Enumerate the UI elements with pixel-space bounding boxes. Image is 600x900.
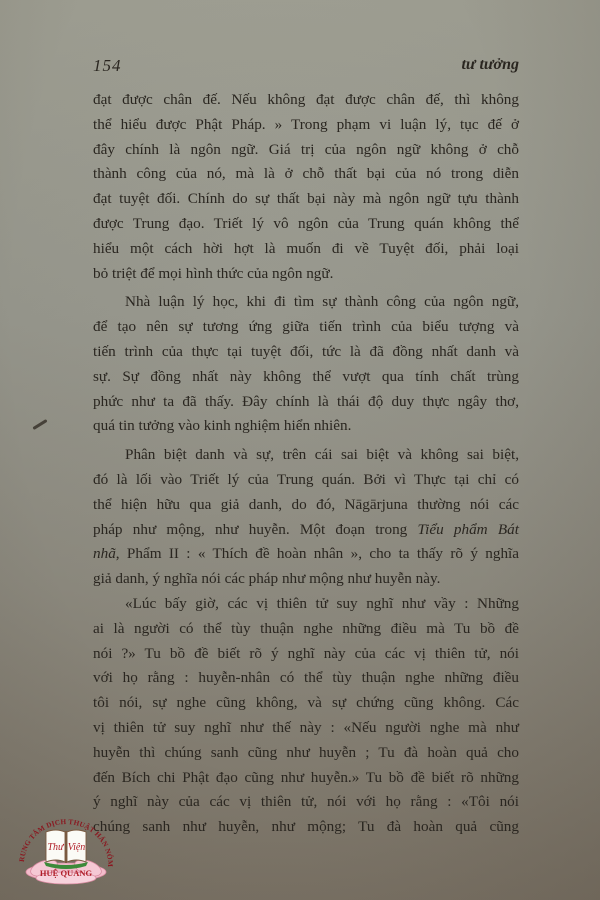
text-line: huyễn thì chúng sanh cũng như huyễn ; Tu… <box>93 741 519 766</box>
quote-start-line: «Lúc bấy giờ, các vị thiên tử suy nghĩ n… <box>93 592 519 617</box>
text-line: đạt được chân đế. Nếu không đạt được châ… <box>93 88 519 113</box>
text-line: thành công của nó, mà là ở chỗ thất bại … <box>93 162 519 187</box>
text-line: hiểu một cách hời hợt là muốn đi về Tuyệ… <box>93 237 519 262</box>
text-line: đó là lối vào Triết lý của Trung quán. B… <box>93 468 519 493</box>
text-line: pháp như mộng, như huyễn. Một đoạn trong… <box>93 518 519 543</box>
text-line: thể hiểu được Phật Pháp. » Trong phạm vi… <box>93 113 519 138</box>
hue-quang-logo: Thư Viện TRUNG TÂM DỊCH THUẬT HÁN NÔM HU… <box>14 812 118 892</box>
text-line: quá tin tưởng vào kinh nghiệm hiển nhiên… <box>93 414 519 439</box>
book-left-text: Thư <box>47 842 65 853</box>
text-line: sự. Sự đồng nhất này không thể vượt qua … <box>93 365 519 390</box>
text-line: được Trung đạo. Triết lý vô ngôn của Tru… <box>93 212 519 237</box>
scanned-book-page: 154 tư tưởng đạt được chân đế. Nếu không… <box>0 0 600 900</box>
text-line: nhã, Phẩm II : « Thích đề hoàn nhân », c… <box>93 542 519 567</box>
lotus-book-icon: Thư Viện TRUNG TÂM DỊCH THUẬT HÁN NÔM HU… <box>14 812 118 892</box>
text-line: nói ?» Tu bồ đề biết rõ ý nghĩ này của c… <box>93 642 519 667</box>
book-title-italic: nhã <box>93 545 116 562</box>
text-line: đạt tuyệt đối. Chính do sự thất bại này … <box>93 187 519 212</box>
text-segment: , Phẩm II : « Thích đề hoàn nhân », cho … <box>116 545 519 562</box>
text-line: vị thiên tử suy nghĩ như thế này : «Nếu … <box>93 716 519 741</box>
text-segment: pháp như mộng, như huyễn. Một đoạn trong <box>93 521 418 538</box>
page-number: 154 <box>93 56 122 76</box>
paragraph-start-line: Phân biệt danh và sự, trên cái sai biệt … <box>93 443 519 468</box>
book-title-italic: Tiểu phẩm Bát <box>418 521 520 538</box>
book-right-text: Viện <box>68 842 86 853</box>
text-line: tôi nói, sự nghe cũng không, và sự chứng… <box>93 691 519 716</box>
text-line: phức như ta đã thấy. Đây chính là thái đ… <box>93 390 519 415</box>
logo-name: HUỆ QUANG <box>40 868 93 878</box>
text-line: ý nghĩ này của các vị thiên tử, nói với … <box>93 790 519 815</box>
text-line: đây chính là ngôn ngữ. Giá trị của ngôn … <box>93 138 519 163</box>
text-line: thể hiện hữu qua giả danh, do đó, Nāgārj… <box>93 493 519 518</box>
page-header: 154 tư tưởng <box>93 56 519 80</box>
ink-smudge <box>32 419 47 430</box>
text-line: chúng sanh như huyễn, như mộng; Tu đà ho… <box>93 815 519 840</box>
text-line: với họ rằng : huyễn-nhân có thể tùy thuậ… <box>93 666 519 691</box>
paragraph-start-line: Nhà luận lý học, khi đi tìm sự thành côn… <box>93 290 519 315</box>
text-line: tiến trình của thực tại tuyệt đối, tức l… <box>93 340 519 365</box>
body-text: đạt được chân đế. Nếu không đạt được châ… <box>93 88 519 840</box>
text-line: bỏ triệt để mọi hình thức của ngôn ngữ. <box>93 262 519 287</box>
running-title: tư tưởng <box>461 56 519 74</box>
text-line: ai là người có thể tùy thuận nghe những … <box>93 617 519 642</box>
text-line: đến Bích chi Phật đạo cũng như huyễn.» T… <box>93 766 519 791</box>
text-line: giả danh, ý nghĩa nói các pháp như mộng … <box>93 567 519 592</box>
text-line: để tạo nên sự tương ứng giữa tiến trình … <box>93 315 519 340</box>
